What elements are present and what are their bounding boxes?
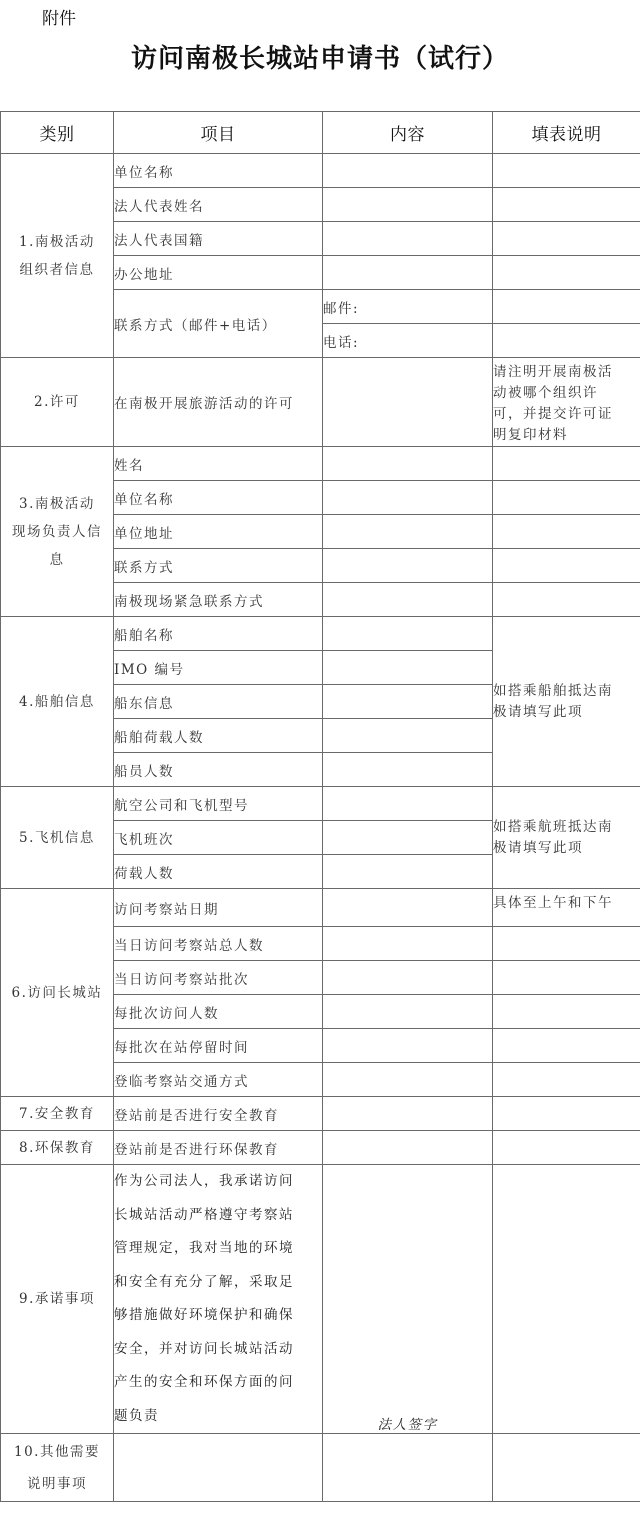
note-line: 如搭乘航班抵达南	[493, 817, 640, 838]
category-line: 息	[1, 546, 113, 574]
table-row: 8.环保教育 登站前是否进行环保教育	[1, 1131, 640, 1165]
header-item: 项目	[114, 112, 323, 154]
content-field[interactable]	[323, 995, 493, 1029]
note-line: 可，并提交许可证	[493, 404, 640, 425]
content-field[interactable]	[323, 617, 493, 651]
table-row: 2.许可 在南极开展旅游活动的许可 请注明开展南极活 动被哪个组织许 可，并提交…	[1, 358, 640, 447]
item-cell: 登临考察站交通方式	[114, 1063, 323, 1097]
category-cell: 2.许可	[1, 358, 114, 447]
category-line: 现场负责人信	[1, 518, 113, 546]
item-cell: 船舶名称	[114, 617, 323, 651]
content-field[interactable]	[323, 821, 493, 855]
note-cell	[493, 1063, 640, 1097]
category-cell: 9.承诺事项	[1, 1165, 114, 1434]
table-row: 1.南极活动 组织者信息 单位名称	[1, 154, 640, 188]
item-cell: 每批次访问人数	[114, 995, 323, 1029]
note-cell: 请注明开展南极活 动被哪个组织许 可，并提交许可证 明复印材料	[493, 358, 640, 447]
content-field[interactable]	[323, 447, 493, 481]
item-cell: 航空公司和飞机型号	[114, 787, 323, 821]
category-line: 1.南极活动	[1, 228, 113, 256]
header-notes: 填表说明	[493, 112, 640, 154]
content-field[interactable]	[323, 927, 493, 961]
pledge-line: 管理规定，我对当地的环境	[114, 1232, 322, 1266]
item-cell: 每批次在站停留时间	[114, 1029, 323, 1063]
item-cell: 联系方式	[114, 549, 323, 583]
content-field[interactable]	[323, 1131, 493, 1165]
table-header-row: 类别 项目 内容 填表说明	[1, 112, 640, 154]
note-line: 如搭乘船舶抵达南	[493, 681, 640, 702]
item-cell	[114, 1434, 323, 1502]
pledge-line: 题负责	[114, 1400, 322, 1434]
note-cell	[493, 188, 640, 222]
item-cell: 当日访问考察站总人数	[114, 927, 323, 961]
content-field[interactable]	[323, 154, 493, 188]
pledge-line: 长城站活动严格遵守考察站	[114, 1199, 322, 1233]
note-cell: 如搭乘船舶抵达南 极请填写此项	[493, 617, 640, 787]
content-field[interactable]	[323, 256, 493, 290]
note-cell	[493, 222, 640, 256]
note-cell	[493, 154, 640, 188]
content-field[interactable]	[323, 515, 493, 549]
note-cell	[493, 256, 640, 290]
table-row: 10.其他需要 说明事项	[1, 1434, 640, 1502]
content-field[interactable]	[323, 222, 493, 256]
attachment-label: 附件	[42, 4, 76, 29]
item-cell: 登站前是否进行环保教育	[114, 1131, 323, 1165]
note-cell: 具体至上午和下午	[493, 889, 640, 927]
header-content: 内容	[323, 112, 493, 154]
content-field[interactable]	[323, 787, 493, 821]
item-cell: 荷载人数	[114, 855, 323, 889]
note-cell	[493, 290, 640, 324]
note-cell	[493, 1434, 640, 1502]
content-field[interactable]	[323, 358, 493, 447]
note-cell	[493, 583, 640, 617]
note-cell	[493, 995, 640, 1029]
category-line: 3.南极活动	[1, 490, 113, 518]
content-field[interactable]	[323, 889, 493, 927]
category-cell: 4.船舶信息	[1, 617, 114, 787]
pledge-text: 作为公司法人，我承诺访问 长城站活动严格遵守考察站 管理规定，我对当地的环境 和…	[114, 1165, 323, 1434]
note-cell	[493, 549, 640, 583]
category-cell: 1.南极活动 组织者信息	[1, 154, 114, 358]
item-cell: 办公地址	[114, 256, 323, 290]
content-field[interactable]	[323, 583, 493, 617]
note-cell	[493, 481, 640, 515]
content-field[interactable]	[323, 685, 493, 719]
item-cell: 船舶荷载人数	[114, 719, 323, 753]
table-row: 7.安全教育 登站前是否进行安全教育	[1, 1097, 640, 1131]
category-cell: 5.飞机信息	[1, 787, 114, 889]
item-cell: 船东信息	[114, 685, 323, 719]
email-field[interactable]: 邮件:	[323, 290, 493, 324]
note-line: 明复印材料	[493, 425, 640, 446]
note-line: 极请填写此项	[493, 702, 640, 723]
phone-field[interactable]: 电话:	[323, 324, 493, 358]
item-cell: 南极现场紧急联系方式	[114, 583, 323, 617]
item-cell: 法人代表国籍	[114, 222, 323, 256]
category-line: 组织者信息	[1, 256, 113, 284]
note-cell	[493, 927, 640, 961]
table-row: 4.船舶信息 船舶名称 如搭乘船舶抵达南 极请填写此项	[1, 617, 640, 651]
note-cell	[493, 447, 640, 481]
content-field[interactable]	[323, 1063, 493, 1097]
category-line: 说明事项	[1, 1468, 113, 1500]
content-field[interactable]	[323, 1029, 493, 1063]
header-category: 类别	[1, 112, 114, 154]
content-field[interactable]	[323, 961, 493, 995]
table-row: 5.飞机信息 航空公司和飞机型号 如搭乘航班抵达南 极请填写此项	[1, 787, 640, 821]
note-cell	[493, 515, 640, 549]
pledge-line: 作为公司法人，我承诺访问	[114, 1165, 322, 1199]
content-field[interactable]	[323, 549, 493, 583]
table-row: 3.南极活动 现场负责人信 息 姓名	[1, 447, 640, 481]
item-cell: 在南极开展旅游活动的许可	[114, 358, 323, 447]
item-cell: 船员人数	[114, 753, 323, 787]
item-cell: 法人代表姓名	[114, 188, 323, 222]
content-field[interactable]	[323, 481, 493, 515]
item-cell: 访问考察站日期	[114, 889, 323, 927]
content-field[interactable]	[323, 188, 493, 222]
item-cell: 单位名称	[114, 154, 323, 188]
table-row: 9.承诺事项 作为公司法人，我承诺访问 长城站活动严格遵守考察站 管理规定，我对…	[1, 1165, 640, 1434]
item-cell: 单位地址	[114, 515, 323, 549]
note-line: 请注明开展南极活	[493, 362, 640, 383]
note-cell	[493, 961, 640, 995]
pledge-line: 产生的安全和环保方面的问	[114, 1366, 322, 1400]
content-field[interactable]	[323, 1434, 493, 1502]
category-cell: 3.南极活动 现场负责人信 息	[1, 447, 114, 617]
category-cell: 6.访问长城站	[1, 889, 114, 1097]
note-line: 动被哪个组织许	[493, 383, 640, 404]
content-field[interactable]	[323, 719, 493, 753]
category-cell: 7.安全教育	[1, 1097, 114, 1131]
pledge-line: 安全，并对访问长城站活动	[114, 1333, 322, 1367]
signature-label: 法人签字	[378, 1417, 438, 1433]
note-cell	[493, 1097, 640, 1131]
note-line: 极请填写此项	[493, 838, 640, 859]
category-cell: 8.环保教育	[1, 1131, 114, 1165]
note-cell	[493, 1029, 640, 1063]
note-cell	[493, 324, 640, 358]
table-row: 6.访问长城站 访问考察站日期 具体至上午和下午	[1, 889, 640, 927]
item-cell: 姓名	[114, 447, 323, 481]
content-field[interactable]	[323, 1097, 493, 1131]
content-field[interactable]	[323, 855, 493, 889]
item-cell: 联系方式（邮件+电话）	[114, 290, 323, 358]
note-cell	[493, 1165, 640, 1434]
item-cell: 登站前是否进行安全教育	[114, 1097, 323, 1131]
application-form-table: 类别 项目 内容 填表说明 1.南极活动 组织者信息 单位名称 法人代表姓名 法…	[0, 111, 640, 1502]
note-cell: 如搭乘航班抵达南 极请填写此项	[493, 787, 640, 889]
item-cell: 单位名称	[114, 481, 323, 515]
note-cell	[493, 1131, 640, 1165]
item-cell: 飞机班次	[114, 821, 323, 855]
page-title: 访问南极长城站申请书（试行）	[0, 38, 640, 75]
category-cell: 10.其他需要 说明事项	[1, 1434, 114, 1502]
category-line: 10.其他需要	[1, 1436, 113, 1468]
pledge-line: 够措施做好环境保护和确保	[114, 1299, 322, 1333]
pledge-line: 和安全有充分了解，采取足	[114, 1266, 322, 1300]
item-cell: 当日访问考察站批次	[114, 961, 323, 995]
item-cell: IMO 编号	[114, 651, 323, 685]
content-field[interactable]	[323, 651, 493, 685]
signature-field[interactable]: 法人签字	[323, 1165, 493, 1434]
content-field[interactable]	[323, 753, 493, 787]
